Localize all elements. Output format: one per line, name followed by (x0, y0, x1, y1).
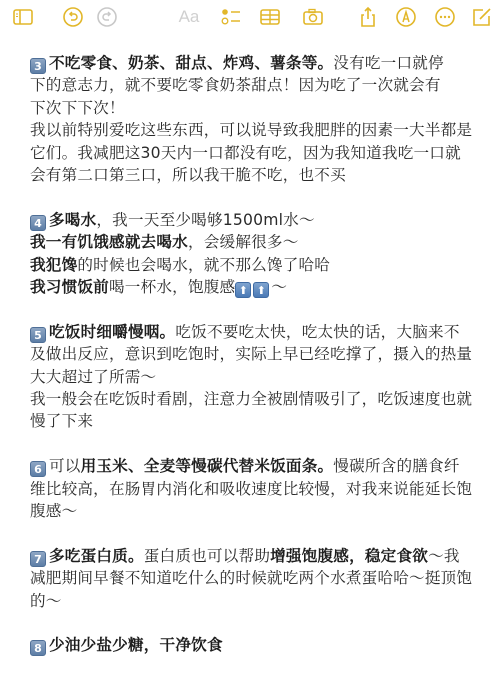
note-line: 维比较高，在肠胃内消化和吸收速度比较慢，对我来说能延长饱 (30, 478, 480, 500)
keycap-7-icon: 7 (30, 551, 46, 567)
bold-text: 用玉米、全麦等慢碳代替米饭面条。 (81, 457, 334, 475)
text: ～ (271, 278, 287, 296)
more-icon[interactable] (434, 6, 456, 28)
notes-toolbar: Aa (0, 0, 500, 34)
note-section-4: 4多喝水，我一天至少喝够1500ml水～ 我一有饥饿感就去喝水，会缓解很多～ 我… (30, 209, 480, 299)
note-line: 我习惯饭前喝一杯水，饱腹感⬆⬆～ (30, 276, 480, 298)
keycap-8-icon: 8 (30, 640, 46, 653)
keycap-3-icon: 3 (30, 58, 46, 74)
bold-text: 我犯馋 (30, 256, 77, 274)
text: 蛋白质也可以帮助 (144, 547, 270, 565)
note-body[interactable]: 3不吃零食、奶茶、甜点、炸鸡、薯条等。没有吃一口就停 下的意志力，就不要吃零食奶… (30, 52, 480, 653)
text: 吃饭不要吃太快，吃太快的话，大脑来不 (175, 323, 459, 341)
keycap-4-icon: 4 (30, 215, 46, 231)
text: ，我一天至少喝够1500ml水～ (96, 211, 314, 229)
note-line: 及做出反应，意识到吃饱时，实际上早已经吃撑了，摄入的热量 (30, 343, 480, 365)
sidebar-icon[interactable] (12, 6, 34, 28)
text-format-icon[interactable]: Aa (176, 6, 202, 28)
text: ，会缓解很多～ (188, 233, 299, 251)
camera-icon[interactable] (302, 6, 324, 28)
note-line: 3不吃零食、奶茶、甜点、炸鸡、薯条等。没有吃一口就停 (30, 52, 480, 74)
bold-text: 多喝水 (49, 211, 96, 229)
bold-text: 少油少盐少糖，干净饮食 (49, 636, 223, 653)
text: 喝一杯水，饱腹感 (109, 278, 235, 296)
keycap-6-icon: 6 (30, 461, 46, 477)
text: ～我 (428, 547, 460, 565)
undo-icon[interactable] (62, 6, 84, 28)
note-line: 会有第二口第三口，所以我干脆不吃，也不买 (30, 164, 480, 186)
keycap-5-icon: 5 (30, 327, 46, 343)
note-line: 下次下下次！ (30, 97, 480, 119)
note-section-5: 5吃饭时细嚼慢咽。吃饭不要吃太快，吃太快的话，大脑来不 及做出反应，意识到吃饱时… (30, 321, 480, 433)
note-line: 下的意志力，就不要吃零食奶茶甜点！因为吃了一次就会有 (30, 74, 480, 96)
bold-text: 增强饱腹感，稳定食欲 (270, 547, 428, 565)
note-line: 8少油少盐少糖，干净饮食 (30, 634, 480, 653)
note-line: 我以前特别爱吃这些东西，可以说导致我肥胖的因素一大半都是 (30, 119, 480, 141)
bold-text: 吃饭时细嚼慢咽。 (49, 323, 175, 341)
bold-text: 多吃蛋白质。 (49, 547, 144, 565)
note-section-3: 3不吃零食、奶茶、甜点、炸鸡、薯条等。没有吃一口就停 下的意志力，就不要吃零食奶… (30, 52, 480, 186)
bold-text: 我习惯饭前 (30, 278, 109, 296)
note-line: 腹感～ (30, 500, 480, 522)
text: 没有吃一口就停 (333, 54, 444, 72)
note-line: 我犯馋的时候也会喝水，就不那么馋了哈哈 (30, 254, 480, 276)
note-line: 5吃饭时细嚼慢咽。吃饭不要吃太快，吃太快的话，大脑来不 (30, 321, 480, 343)
note-line: 的～ (30, 590, 480, 612)
text: 可以 (49, 457, 81, 475)
checklist-icon[interactable] (220, 6, 242, 28)
redo-icon[interactable] (96, 6, 118, 28)
text: 慢碳所含的膳食纤 (333, 457, 459, 475)
up-arrow-icon: ⬆ (253, 282, 269, 298)
text: 的时候也会喝水，就不那么馋了哈哈 (77, 256, 330, 274)
note-line: 我一有饥饿感就去喝水，会缓解很多～ (30, 231, 480, 253)
note-section-8: 8少油少盐少糖，干净饮食 (30, 634, 480, 653)
share-icon[interactable] (357, 6, 379, 28)
note-line: 慢了下来 (30, 410, 480, 432)
up-arrow-icon: ⬆ (235, 282, 251, 298)
note-line: 它们。我减肥这30天内一口都没有吃，因为我知道我吃一口就 (30, 142, 480, 164)
markup-pen-icon[interactable] (395, 6, 417, 28)
note-line: 减肥期间早餐不知道吃什么的时候就吃两个水煮蛋哈哈～挺顶饱 (30, 567, 480, 589)
note-section-7: 7多吃蛋白质。蛋白质也可以帮助增强饱腹感，稳定食欲～我 减肥期间早餐不知道吃什么… (30, 545, 480, 612)
bold-text: 我一有饥饿感就去喝水 (30, 233, 188, 251)
note-line: 7多吃蛋白质。蛋白质也可以帮助增强饱腹感，稳定食欲～我 (30, 545, 480, 567)
note-line: 4多喝水，我一天至少喝够1500ml水～ (30, 209, 480, 231)
note-section-6: 6可以用玉米、全麦等慢碳代替米饭面条。慢碳所含的膳食纤 维比较高，在肠胃内消化和… (30, 455, 480, 522)
note-line: 我一般会在吃饭时看剧，注意力全被剧情吸引了，吃饭速度也就 (30, 388, 480, 410)
bold-text: 不吃零食、奶茶、甜点、炸鸡、薯条等。 (49, 54, 333, 72)
compose-icon[interactable] (471, 6, 493, 28)
note-line: 6可以用玉米、全麦等慢碳代替米饭面条。慢碳所含的膳食纤 (30, 455, 480, 477)
note-line: 大大超过了所需～ (30, 366, 480, 388)
table-icon[interactable] (259, 6, 281, 28)
